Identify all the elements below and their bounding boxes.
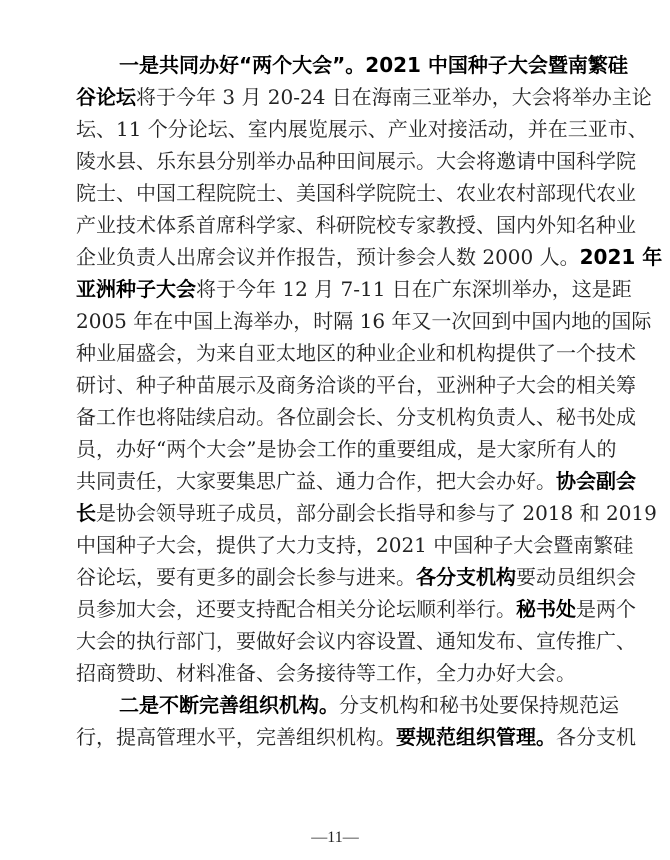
text-segment: 研讨、种子种苗展示及商务洽谈的平台，亚洲种子大会的相关筹	[76, 373, 636, 397]
text-segment: 坛、11 个分论坛、室内展览展示、产业对接活动，并在三亚市、	[76, 117, 648, 141]
text-line: 坛、11 个分论坛、室内展览展示、产业对接活动，并在三亚市、	[76, 113, 607, 145]
text-segment: 分支机构和秘书处要保持规范运	[339, 693, 619, 717]
bold-text-segment: 要规范组织管理。	[396, 725, 556, 749]
text-line: 中国种子大会，提供了大力支持，2021 中国种子大会暨南繁硅	[76, 529, 607, 561]
text-segment: 谷论坛，要有更多的副会长参与进来。	[76, 565, 416, 589]
text-segment: 将于今年 3 月 20-24 日在海南三亚举办，大会将举办主论	[136, 85, 652, 109]
text-line: 院士、中国工程院院士、美国科学院院士、农业农村部现代农业	[76, 177, 607, 209]
text-line: 谷论坛，要有更多的副会长参与进来。各分支机构要动员组织会	[76, 561, 607, 593]
text-line: 种业届盛会，为来自亚太地区的种业企业和机构提供了一个技术	[76, 337, 607, 369]
text-segment: 备工作也将陆续启动。各位副会长、分支机构负责人、秘书处成	[76, 405, 636, 429]
text-segment: 是两个	[576, 597, 636, 621]
bold-text-segment: 各分支机构	[416, 565, 516, 589]
page-number: —11—	[0, 828, 670, 848]
text-line: 员，办好“两个大会”是协会工作的重要组成，是大家所有人的	[76, 433, 607, 465]
text-segment: 中国种子大会，提供了大力支持，2021 中国种子大会暨南繁硅	[76, 533, 633, 557]
text-line: 长是协会领导班子成员，部分副会长指导和参与了 2018 和 2019	[76, 497, 607, 529]
text-line: 二是不断完善组织机构。分支机构和秘书处要保持规范运	[76, 689, 607, 721]
text-line: 陵水县、乐东县分别举办品种田间展示。大会将邀请中国科学院	[76, 145, 607, 177]
document-page: 一是共同办好“两个大会”。2021 中国种子大会暨南繁硅谷论坛将于今年 3 月 …	[0, 0, 670, 860]
text-line: 员参加大会，还要支持配合相关分论坛顺利举行。秘书处是两个	[76, 593, 607, 625]
text-segment: 大会的执行部门，要做好会议内容设置、通知发布、宣传推广、	[76, 629, 636, 653]
bold-text-segment: 二是不断完善组织机构。	[119, 693, 339, 717]
bold-text-segment: 一是共同办好“两个大会”。2021 中国种子大会暨南繁硅	[119, 53, 628, 77]
bold-text-segment: 长	[76, 501, 96, 525]
text-line: 备工作也将陆续启动。各位副会长、分支机构负责人、秘书处成	[76, 401, 607, 433]
text-segment: 招商赞助、材料准备、会务接待等工作，全力办好大会。	[76, 661, 576, 685]
text-segment: 产业技术体系首席科学家、科研院校专家教授、国内外知名种业	[76, 213, 636, 237]
body-text: 一是共同办好“两个大会”。2021 中国种子大会暨南繁硅谷论坛将于今年 3 月 …	[76, 49, 607, 753]
text-segment: 将于今年 12 月 7-11 日在广东深圳举办，这是距	[196, 277, 632, 301]
text-segment: 院士、中国工程院院士、美国科学院院士、农业农村部现代农业	[76, 181, 636, 205]
text-segment: 员，办好“两个大会”是协会工作的重要组成，是大家所有人的	[76, 437, 616, 461]
bold-text-segment: 亚洲种子大会	[76, 277, 196, 301]
text-segment: 是协会领导班子成员，部分副会长指导和参与了 2018 和 2019	[96, 501, 657, 525]
text-line: 研讨、种子种苗展示及商务洽谈的平台，亚洲种子大会的相关筹	[76, 369, 607, 401]
text-segment: 各分支机	[556, 725, 636, 749]
text-segment: 陵水县、乐东县分别举办品种田间展示。大会将邀请中国科学院	[76, 149, 636, 173]
bold-text-segment: 协会副会	[556, 469, 636, 493]
text-line: 行，提高管理水平，完善组织机构。要规范组织管理。各分支机	[76, 721, 607, 753]
bold-text-segment: 秘书处	[516, 597, 576, 621]
bold-text-segment: 2021 年	[580, 245, 663, 269]
text-line: 共同责任，大家要集思广益、通力合作，把大会办好。协会副会	[76, 465, 607, 497]
text-line: 产业技术体系首席科学家、科研院校专家教授、国内外知名种业	[76, 209, 607, 241]
text-line: 一是共同办好“两个大会”。2021 中国种子大会暨南繁硅	[76, 49, 607, 81]
text-line: 亚洲种子大会将于今年 12 月 7-11 日在广东深圳举办，这是距	[76, 273, 607, 305]
bold-text-segment: 谷论坛	[76, 85, 136, 109]
text-segment: 要动员组织会	[516, 565, 636, 589]
text-segment: 行，提高管理水平，完善组织机构。	[76, 725, 396, 749]
text-segment: 种业届盛会，为来自亚太地区的种业企业和机构提供了一个技术	[76, 341, 636, 365]
text-segment: 员参加大会，还要支持配合相关分论坛顺利举行。	[76, 597, 516, 621]
text-segment: 企业负责人出席会议并作报告，预计参会人数 2000 人。	[76, 245, 580, 269]
text-line: 企业负责人出席会议并作报告，预计参会人数 2000 人。2021 年	[76, 241, 607, 273]
text-line: 谷论坛将于今年 3 月 20-24 日在海南三亚举办，大会将举办主论	[76, 81, 607, 113]
text-line: 招商赞助、材料准备、会务接待等工作，全力办好大会。	[76, 657, 607, 689]
text-line: 2005 年在中国上海举办，时隔 16 年又一次回到中国内地的国际	[76, 305, 607, 337]
text-segment: 2005 年在中国上海举办，时隔 16 年又一次回到中国内地的国际	[76, 309, 651, 333]
text-segment: 共同责任，大家要集思广益、通力合作，把大会办好。	[76, 469, 556, 493]
text-line: 大会的执行部门，要做好会议内容设置、通知发布、宣传推广、	[76, 625, 607, 657]
